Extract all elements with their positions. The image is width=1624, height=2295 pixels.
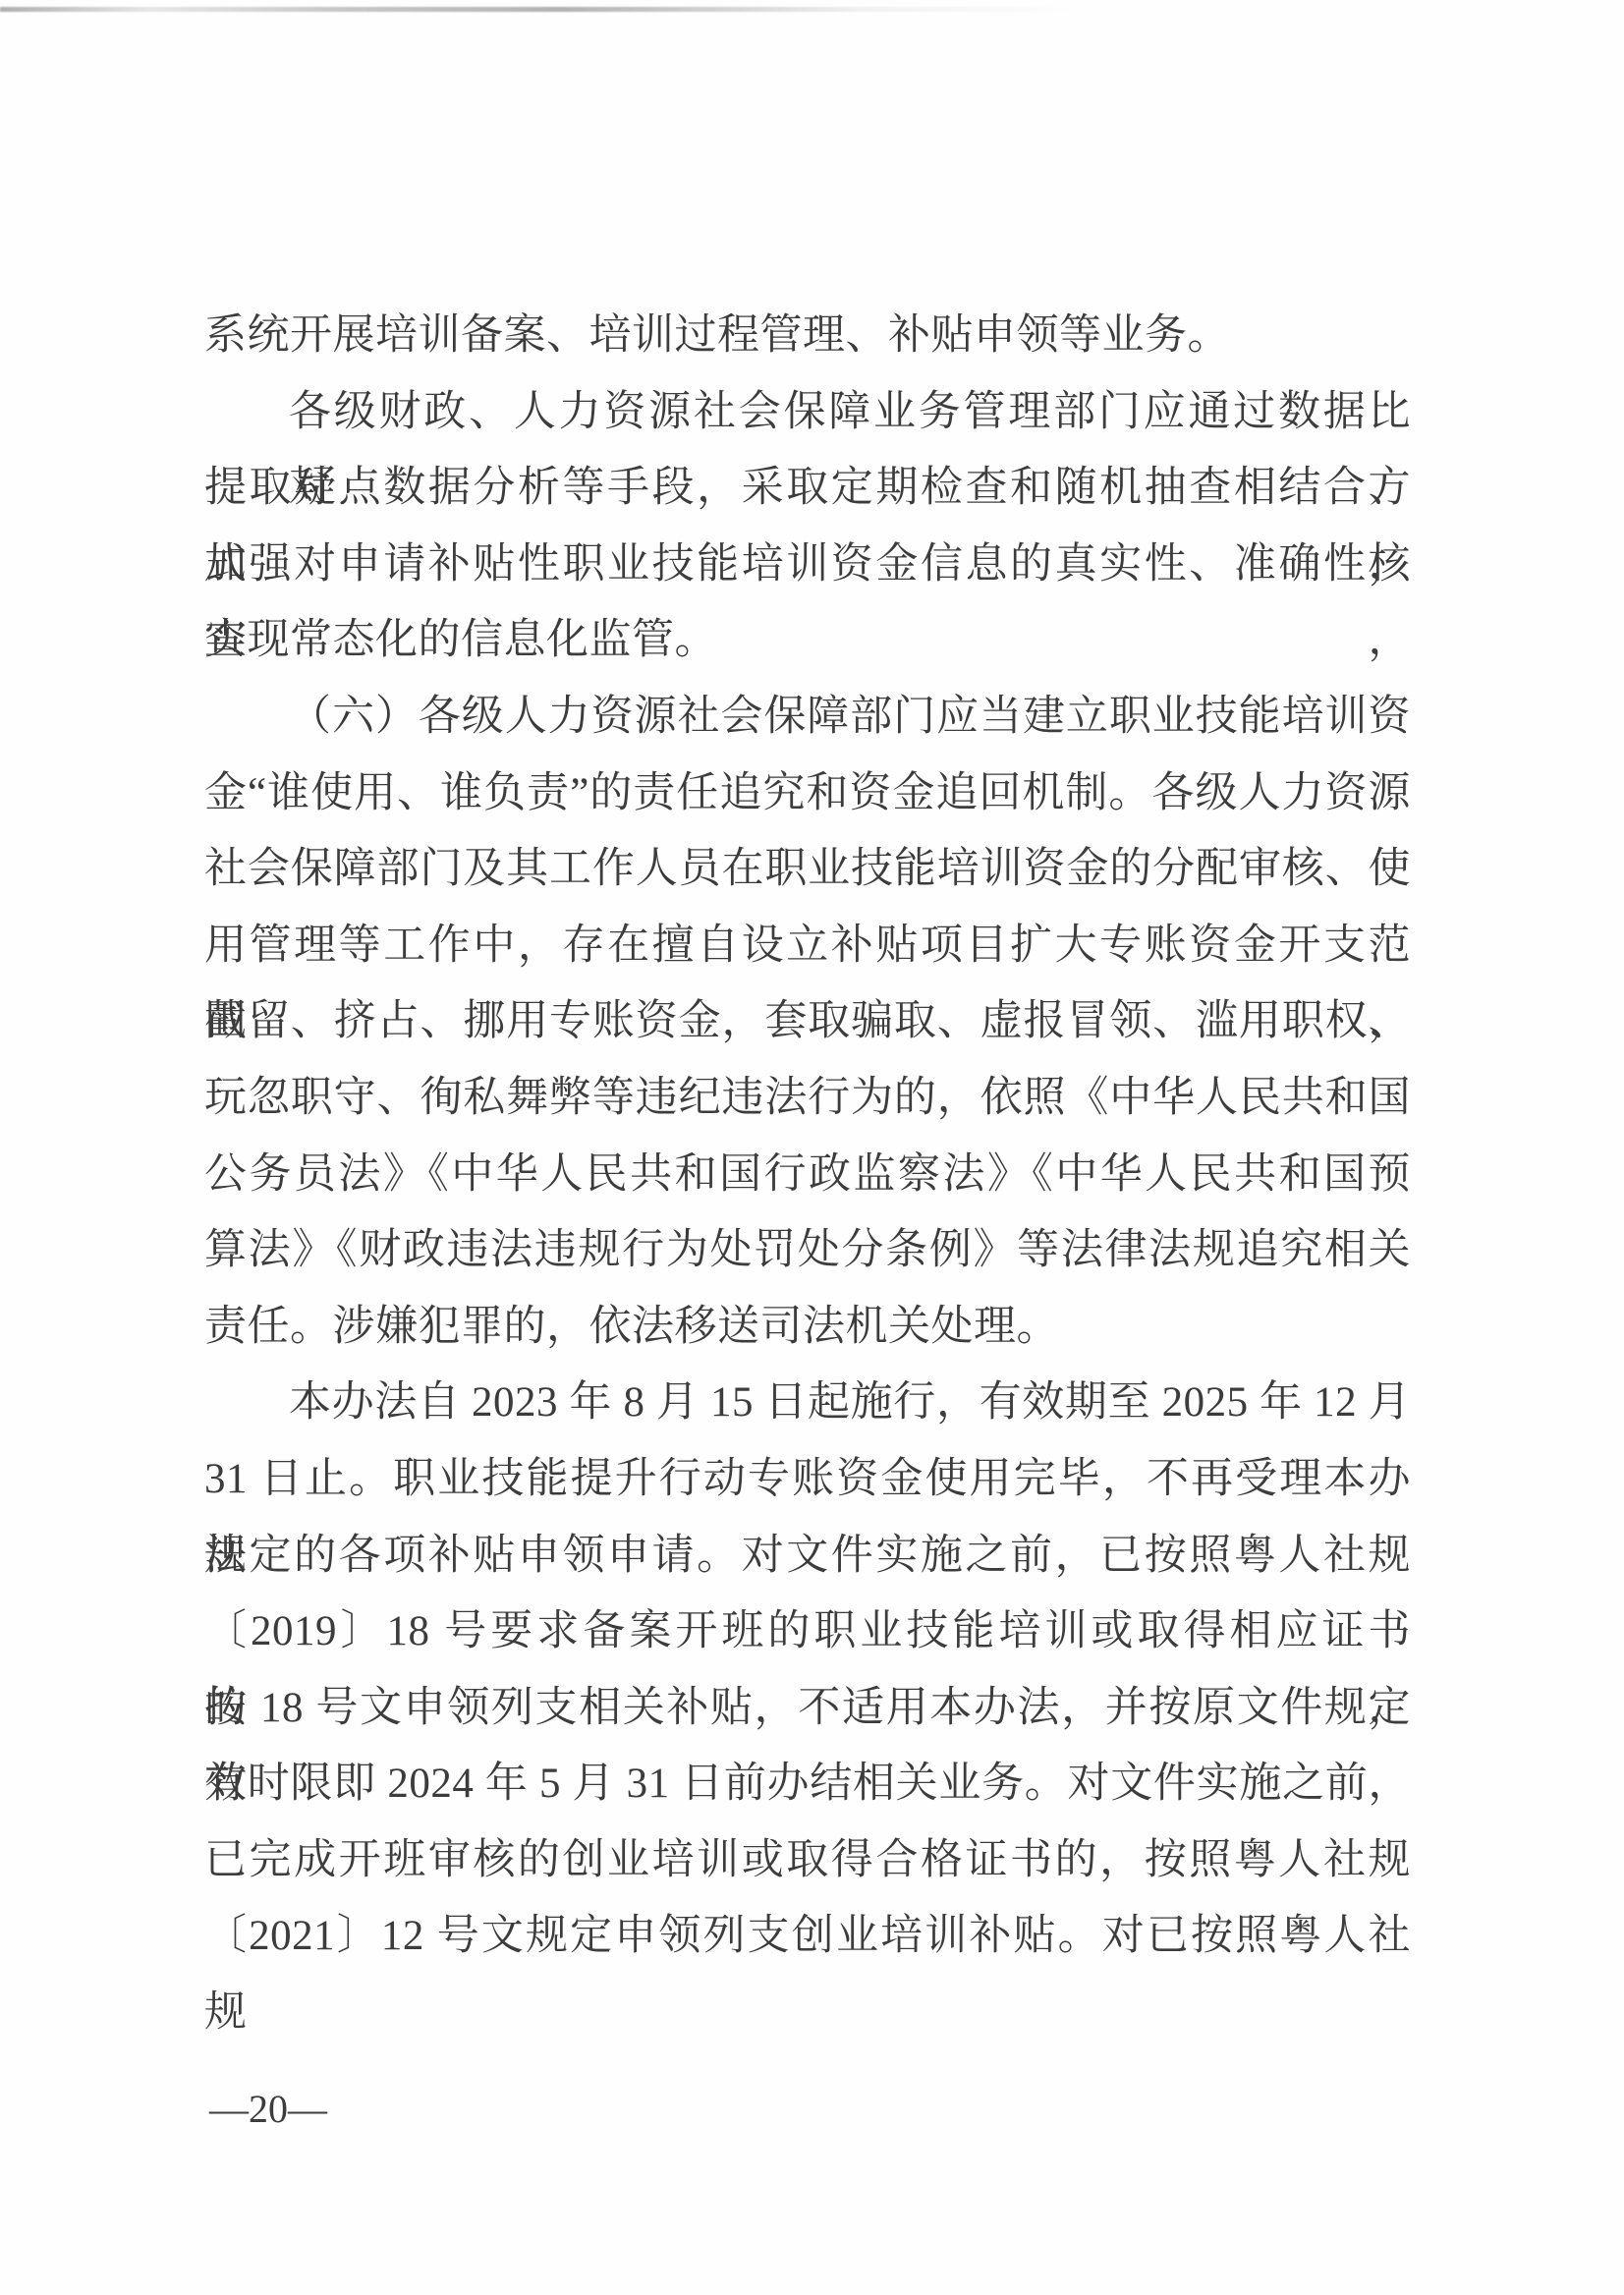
text-line: 本办法自 2023 年 8 月 15 日起施行，有效期至 2025 年 12 月 xyxy=(204,1365,1411,1441)
text-line: 按 18 号文申领列支相关补贴，不适用本办法，并按原文件规定有 xyxy=(204,1670,1411,1747)
text-line: 用管理等工作中，存在擅自设立补贴项目扩大专账资金开支范围， xyxy=(204,908,1411,984)
text-line: 截留、挤占、挪用专账资金，套取骗取、虚报冒领、滥用职权、 xyxy=(204,983,1411,1060)
text-line: 系统开展培训备案、培训过程管理、补贴申领等业务。 xyxy=(204,298,1411,374)
page-number: —20— xyxy=(209,2085,327,2134)
text-line: 规定的各项补贴申领申请。对文件实施之前，已按照粤人社规 xyxy=(204,1518,1411,1595)
text-line: 各级财政、人力资源社会保障业务管理部门应通过数据比对、 xyxy=(204,374,1411,451)
text-line: 责任。涉嫌犯罪的，依法移送司法机关处理。 xyxy=(204,1289,1411,1366)
text-line: 已完成开班审核的创业培训或取得合格证书的，按照粤人社规 xyxy=(204,1822,1411,1899)
text-line: 社会保障部门及其工作人员在职业技能培训资金的分配审核、使 xyxy=(204,831,1411,908)
document-body: 系统开展培训备案、培训过程管理、补贴申领等业务。各级财政、人力资源社会保障业务管… xyxy=(204,298,1411,1975)
text-line: 金“谁使用、谁负责”的责任追究和资金追回机制。各级人力资源 xyxy=(204,756,1411,832)
text-line: 加强对申请补贴性职业技能培训资金信息的真实性、准确性核查， xyxy=(204,527,1411,603)
text-line: 公务员法》《中华人民共和国行政监察法》《中华人民共和国预 xyxy=(204,1137,1411,1213)
text-line: 提取疑点数据分析等手段，采取定期检查和随机抽查相结合方式， xyxy=(204,450,1411,527)
text-line: 效时限即 2024 年 5 月 31 日前办结相关业务。对文件实施之前， xyxy=(204,1746,1411,1822)
text-line: 算法》《财政违法违规行为处罚处分条例》等法律法规追究相关 xyxy=(204,1212,1411,1289)
text-line: 〔2019〕18 号要求备案开班的职业技能培训或取得相应证书的， xyxy=(204,1594,1411,1670)
scan-streak-artifact xyxy=(0,7,1081,12)
text-line: 〔2021〕12 号文规定申领列支创业培训补贴。对已按照粤人社规 xyxy=(204,1898,1411,1975)
document-page: 系统开展培训备案、培训过程管理、补贴申领等业务。各级财政、人力资源社会保障业务管… xyxy=(0,0,1624,2295)
text-line: 玩忽职守、徇私舞弊等违纪违法行为的，依照《中华人民共和国 xyxy=(204,1060,1411,1137)
text-line: （六）各级人力资源社会保障部门应当建立职业技能培训资 xyxy=(204,679,1411,756)
text-line: 31 日止。职业技能提升行动专账资金使用完毕，不再受理本办法 xyxy=(204,1441,1411,1518)
